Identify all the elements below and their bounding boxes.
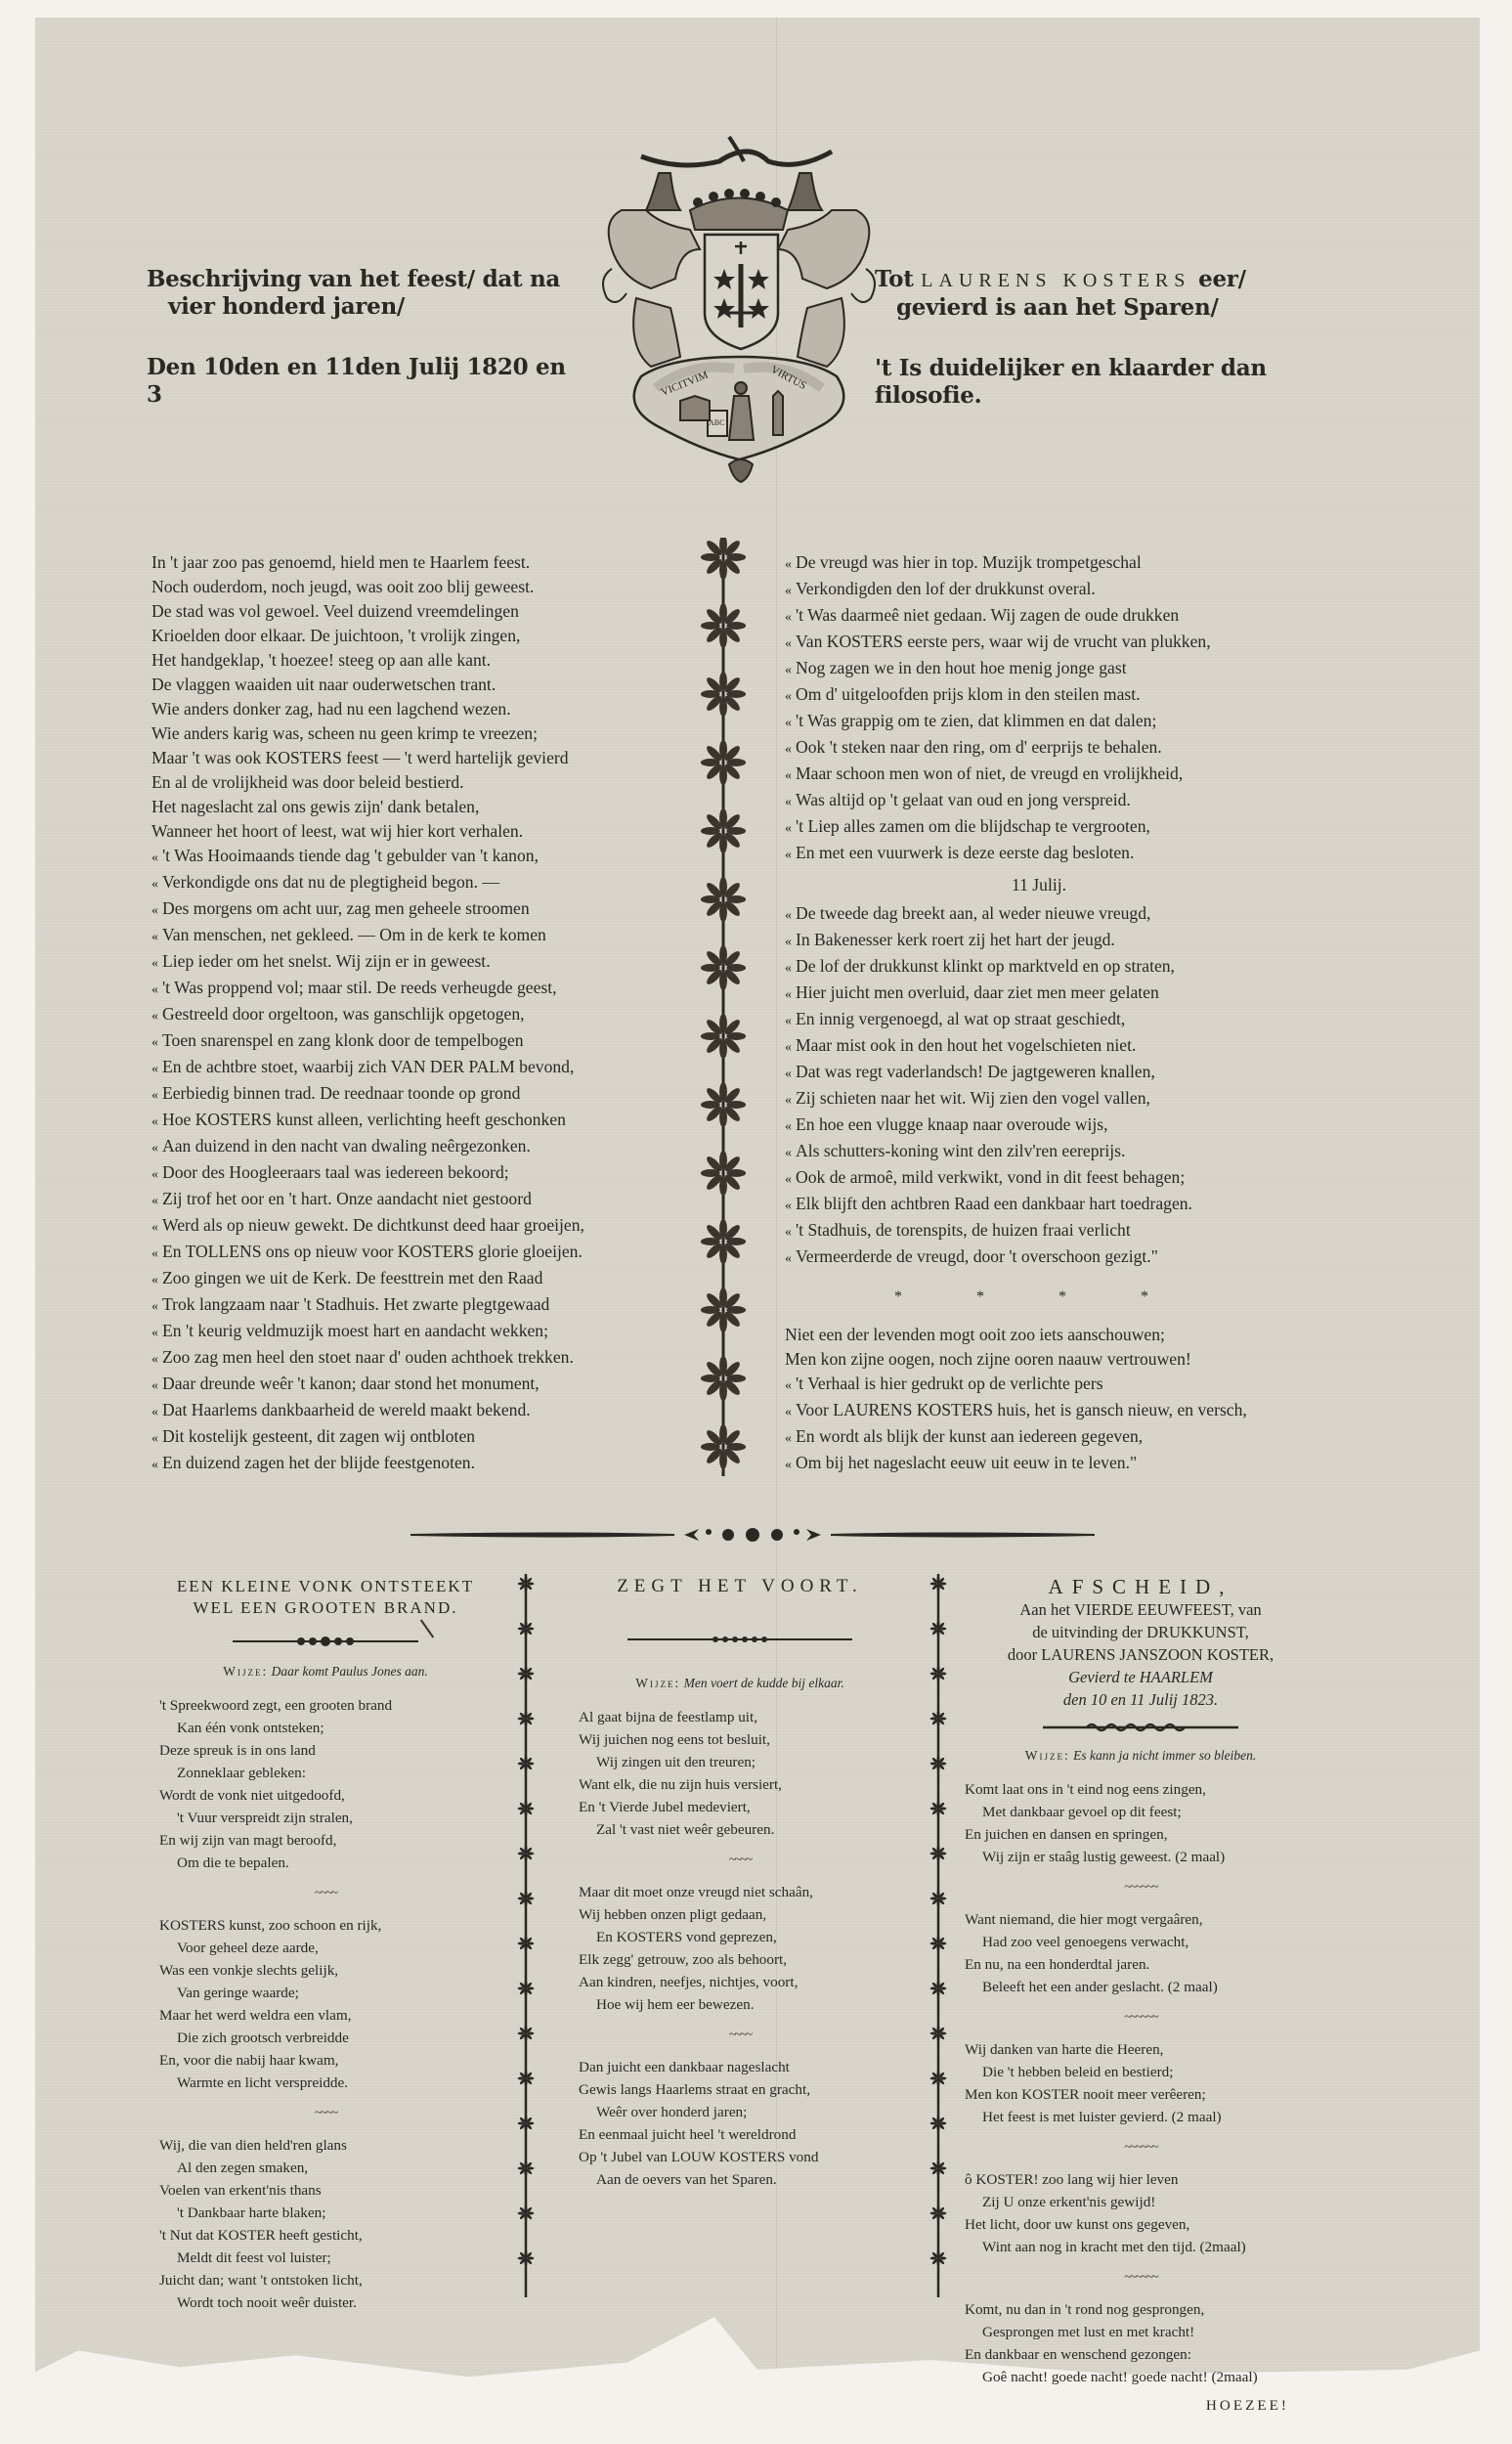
quote-mark: « (151, 1114, 162, 1129)
song1-title-line1: EEN KLEINE VONK ONTSTEEKT (159, 1576, 492, 1597)
quote-mark: « (785, 689, 796, 704)
quote-mark: « (151, 982, 162, 997)
song-line: Maar dit moet onze vreugd niet schaân, (579, 1881, 901, 1903)
poem-line-text: Als schutters-koning wint den zilv'ren e… (796, 1141, 1125, 1160)
song1-tune-label: Wijze: (223, 1664, 268, 1679)
song-line: Meldt dit feest vol luister; (159, 2247, 492, 2269)
song-line: Al den zegen smaken, (159, 2157, 492, 2179)
header-date-line: Den 10den en 11den Julij 1820 en 3 (147, 354, 577, 409)
quote-mark: « (785, 908, 796, 923)
song-line: Al gaat bijna de feestlamp uit, (579, 1706, 901, 1728)
song-line: En, voor die nabij haar kwam, (159, 2049, 492, 2072)
poem-line-text: Verkondigde ons dat nu de plegtigheid be… (162, 872, 499, 892)
song-line: Want elk, die nu zijn huis versiert, (579, 1773, 901, 1796)
poem-line: Men kon zijne oogen, noch zijne ooren na… (785, 1347, 1293, 1372)
song-line: Komt, nu dan in 't rond nog gesprongen, (965, 2298, 1317, 2321)
quote-mark: « (785, 1093, 796, 1108)
stanza: Al gaat bijna de feestlamp uit,Wij juich… (579, 1706, 901, 1841)
poem-line-text: Toen snarenspel en zang klonk door de te… (162, 1030, 524, 1050)
song-line: Hoe wij hem eer bewezen. (579, 1993, 901, 2016)
song1-tune-name: Daar komt Paulus Jones aan. (272, 1664, 428, 1679)
poem-line-text: En innig vergenoegd, al wat op straat ge… (796, 1009, 1125, 1028)
poem-line-text: Wanneer het hoort of leest, wat wij hier… (151, 821, 523, 841)
quote-mark: « (151, 1141, 162, 1156)
quote-mark: « (151, 1352, 162, 1367)
song-line: Zal 't vast niet weêr gebeuren. (579, 1818, 901, 1841)
stanza: Maar dit moet onze vreugd niet schaân,Wi… (579, 1881, 901, 2016)
song3-sub3: door LAURENS JANSZOON KOSTER, (965, 1643, 1317, 1666)
song-line: Goê nacht! goede nacht! goede nacht! (2m… (965, 2366, 1317, 2388)
song-line: Op 't Jubel van LOUW KOSTERS vond (579, 2146, 901, 2168)
poem-line: «Nog zagen we in den hout hoe menig jong… (785, 656, 1293, 682)
quote-mark: « (785, 768, 796, 783)
poem-line-text: Elk blijft den achtbren Raad een dankbaa… (796, 1194, 1192, 1213)
quote-mark: « (785, 1458, 796, 1472)
quote-mark: « (785, 821, 796, 836)
song-line: Het licht, door uw kunst ons gegeven, (965, 2213, 1317, 2236)
poem-line-text: Krioelden door elkaar. De juichtoon, 't … (151, 626, 520, 645)
poem-line-text: En 't keurig veldmuzijk moest hart en aa… (162, 1321, 548, 1340)
poem-line-text: En TOLLENS ons op nieuw voor KOSTERS glo… (162, 1242, 583, 1261)
poem-line-text: De vreugd was hier in top. Muzijk trompe… (796, 552, 1142, 572)
song-line: Wij juichen nog eens tot besluit, (579, 1728, 901, 1751)
poem-line-text: Zij trof het oor en 't hart. Onze aandac… (162, 1189, 532, 1208)
song-line: Gewis langs Haarlems straat en gracht, (579, 2078, 901, 2101)
poem-right-column: «De vreugd was hier in top. Muzijk tromp… (785, 550, 1293, 1477)
stanza-separator: ~~~~ (159, 2102, 492, 2124)
song-line: En nu, na een honderdtal jaren. (965, 1953, 1317, 1976)
song1-divider-ornament-icon (233, 1635, 418, 1648)
quote-mark: « (785, 1172, 796, 1187)
quote-mark: « (785, 1431, 796, 1446)
poem-line-text: De tweede dag breekt aan, al weder nieuw… (796, 903, 1150, 923)
floral-column-divider-left-icon (516, 1574, 536, 2297)
poem-line-text: En hoe een vlugge knaap naar overoude wi… (796, 1114, 1108, 1134)
song-line: 't Spreekwoord zegt, een grooten brand (159, 1694, 492, 1717)
quote-mark: « (151, 1035, 162, 1050)
song-line: Wij zijn er staâg lustig geweest. (2 maa… (965, 1846, 1317, 1868)
song2-title: ZEGT HET VOORT. (579, 1576, 901, 1597)
poem-line-text: Zoo gingen we uit de Kerk. De feesttrein… (162, 1268, 542, 1287)
quote-mark: « (151, 1431, 162, 1446)
poem-line-text: Dat Haarlems dankbaarheid de wereld maak… (162, 1400, 531, 1419)
poem-line-text: Verkondigden den lof der drukkunst overa… (796, 579, 1096, 598)
song-line: Wij hebben onzen pligt gedaan, (579, 1903, 901, 1926)
song1-title-line2: WEL EEN GROOTEN BRAND. (159, 1597, 492, 1619)
poem-line: «En met een vuurwerk is deze eerste dag … (785, 841, 1293, 867)
song-line: Kan één vonk ontsteken; (159, 1717, 492, 1739)
quote-mark: « (151, 1009, 162, 1024)
song-line: Met dankbaar gevoel op dit feest; (965, 1801, 1317, 1823)
song-line: Gesprongen met lust en met kracht! (965, 2321, 1317, 2343)
song-line: Deze spreuk is in ons land (159, 1739, 492, 1762)
song-line: Juicht dan; want 't ontstoken licht, (159, 2269, 492, 2291)
quote-mark: « (785, 663, 796, 677)
header-left-line2: vier honderd jaren/ (147, 293, 577, 321)
stanza-separator: ~~~~ (159, 1882, 492, 1904)
poem-line-text: Door des Hoogleeraars taal was iedereen … (162, 1162, 509, 1182)
poem-line: «Als schutters-koning wint den zilv'ren … (785, 1139, 1293, 1165)
poem-line: «Zij trof het oor en 't hart. Onze aanda… (151, 1187, 584, 1213)
poem-line-text: 't Verhaal is hier gedrukt op de verlich… (796, 1374, 1103, 1393)
stanza: KOSTERS kunst, zoo schoon en rijk,Voor g… (159, 1914, 492, 2094)
quote-mark: « (151, 1194, 162, 1208)
quote-mark: « (151, 956, 162, 971)
poem-line-text: Noch ouderdom, noch jeugd, was ooit zoo … (151, 577, 534, 596)
song-line: Voor geheel deze aarde, (159, 1937, 492, 1959)
song3-sub5: den 10 en 11 Julij 1823. (965, 1688, 1317, 1711)
quote-mark: « (785, 1199, 796, 1213)
quote-mark: « (151, 1378, 162, 1393)
day-two-heading: 11 Julij. (785, 873, 1293, 897)
song-line: Komt laat ons in 't eind nog eens zingen… (965, 1778, 1317, 1801)
quote-mark: « (785, 610, 796, 625)
song3-tune: Wijze: Es kann ja nicht immer so bleiben… (965, 1744, 1317, 1767)
song3-tune-label: Wijze: (1025, 1748, 1070, 1763)
quote-mark: « (151, 1458, 162, 1472)
song-line: Wint aan nog in kracht met den tijd. (2m… (965, 2236, 1317, 2258)
poem-line: «'t Verhaal is hier gedrukt op de verlic… (785, 1372, 1293, 1398)
poem-line: «En hoe een vlugge knaap naar overoude w… (785, 1113, 1293, 1139)
stanza-separator: ~~~~~~ (965, 2136, 1317, 2159)
song-line: Maar het werd weldra een vlam, (159, 2004, 492, 2027)
stanza-separator: ~~~~~~ (965, 1876, 1317, 1898)
song-line: Zij U onze erkent'nis gewijd! (965, 2191, 1317, 2213)
song3-divider-ornament-icon (1043, 1721, 1238, 1734)
header-laurens-kosters: LAURENS KOSTERS (921, 270, 1190, 291)
header-right-line3: 't Is duidelijker en klaarder dan filoso… (875, 355, 1334, 410)
stanza-separator: ~~~~ (579, 1849, 901, 1871)
poem-line: Krioelden door elkaar. De juichtoon, 't … (151, 624, 584, 648)
song-line: En KOSTERS vond geprezen, (579, 1926, 901, 1948)
poem-line: Niet een der levenden mogt ooit zoo iets… (785, 1323, 1293, 1347)
song-line: En wij zijn van magt beroofd, (159, 1829, 492, 1852)
quote-mark: « (151, 1299, 162, 1314)
poem-line: «Maar schoon men won of niet, de vreugd … (785, 762, 1293, 788)
poem-line: «Van KOSTERS eerste pers, waar wij de vr… (785, 630, 1293, 656)
poem-line-text: In Bakenesser kerk roert zij het hart de… (796, 930, 1115, 949)
poem-line: Maar 't was ook KOSTERS feest — 't werd … (151, 746, 584, 770)
poem-line-text: Dat was regt vaderlandsch! De jagtgewere… (796, 1062, 1155, 1081)
poem-line: «Toen snarenspel en zang klonk door de t… (151, 1028, 584, 1055)
poem-line: «Liep ieder om het snelst. Wij zijn er i… (151, 949, 584, 976)
poem-line-text: Het handgeklap, 't hoezee! steeg op aan … (151, 650, 491, 670)
poem-line-text: 't Was grappig om te zien, dat klimmen e… (796, 711, 1156, 730)
poem-line: Het nageslacht zal ons gewis zijn' dank … (151, 795, 584, 819)
song1-stanzas: 't Spreekwoord zegt, een grooten brandKa… (159, 1694, 492, 2314)
poem-line: «En de achtbre stoet, waarbij zich VAN D… (151, 1055, 584, 1081)
header-left: Beschrijving van het feest/ dat na vier … (147, 266, 577, 409)
poem-line-text: Het nageslacht zal ons gewis zijn' dank … (151, 797, 479, 816)
quote-mark: « (151, 877, 162, 892)
song-line: En juichen en dansen en springen, (965, 1823, 1317, 1846)
song3-title: AFSCHEID, (965, 1576, 1317, 1598)
poem-line: «Hier juicht men overluid, daar ziet men… (785, 981, 1293, 1007)
stanza: ô KOSTER! zoo lang wij hier levenZij U o… (965, 2168, 1317, 2258)
poem-line-text: Des morgens om acht uur, zag men geheele… (162, 898, 530, 918)
poem-line-text: En wordt als blijk der kunst aan iederee… (796, 1426, 1143, 1446)
poem-line: «Trok langzaam naar 't Stadhuis. Het zwa… (151, 1292, 584, 1319)
quote-mark: « (785, 1119, 796, 1134)
song3-stanzas: Komt laat ons in 't eind nog eens zingen… (965, 1778, 1317, 2388)
poem-line-text: Werd als op nieuw gewekt. De dichtkunst … (162, 1215, 584, 1235)
song3-sub2: de uitvinding der DRUKKUNST, (965, 1621, 1317, 1643)
poem-line: «Om bij het nageslacht eeuw uit eeuw in … (785, 1451, 1293, 1477)
song-line: Had zoo veel genoegens verwacht, (965, 1931, 1317, 1953)
header-right-line1: Tot LAURENS KOSTERS eer/ (875, 266, 1334, 294)
quote-mark: « (785, 636, 796, 651)
quote-mark: « (785, 584, 796, 598)
quote-mark: « (785, 1225, 796, 1240)
poem-line: «En innig vergenoegd, al wat op straat g… (785, 1007, 1293, 1033)
stanza-separator: ~~~~ (579, 2024, 901, 2046)
quote-mark: « (785, 961, 796, 976)
song3-sub4: Gevierd te HAARLEM (965, 1666, 1317, 1688)
poem-line-text: De lof der drukkunst klinkt op marktveld… (796, 956, 1175, 976)
poem-line: «Verkondigden den lof der drukkunst over… (785, 577, 1293, 603)
quote-mark: « (151, 851, 162, 865)
poem-line-text: Ook 't steken naar den ring, om d' eerpr… (796, 737, 1162, 757)
crest-book-text: ABC (709, 418, 724, 427)
poem-line: «Door des Hoogleeraars taal was iedereen… (151, 1160, 584, 1187)
stanza: 't Spreekwoord zegt, een grooten brandKa… (159, 1694, 492, 1874)
poem-line: Wanneer het hoort of leest, wat wij hier… (151, 819, 584, 844)
poem-line-text: Nog zagen we in den hout hoe menig jonge… (796, 658, 1127, 677)
quote-mark: « (151, 1167, 162, 1182)
poem-line: «De lof der drukkunst klinkt op marktvel… (785, 954, 1293, 981)
poem-line-text: Niet een der levenden mogt ooit zoo iets… (785, 1325, 1165, 1344)
poem-line-text: 't Was Hooimaands tiende dag 't gebulder… (162, 846, 539, 865)
poem-line: Noch ouderdom, noch jeugd, was ooit zoo … (151, 575, 584, 599)
quote-mark: « (785, 742, 796, 757)
poem-line-text: Van KOSTERS eerste pers, waar wij de vru… (796, 632, 1211, 651)
poem-line: «Dat was regt vaderlandsch! De jagtgewer… (785, 1060, 1293, 1086)
poem-line: Wie anders karig was, scheen nu geen kri… (151, 721, 584, 746)
song2-stanzas: Al gaat bijna de feestlamp uit,Wij juich… (579, 1706, 901, 2191)
quote-mark: « (151, 930, 162, 944)
header-left-line1: Beschrijving van het feest/ dat na (147, 266, 577, 293)
poem-line: Wie anders donker zag, had nu een lagche… (151, 697, 584, 721)
poem-line: «En duizend zagen het der blijde feestge… (151, 1451, 584, 1477)
song-line: Om die te bepalen. (159, 1852, 492, 1874)
stanza: Wij, die van dien held'ren glansAl den z… (159, 2134, 492, 2314)
poem-line-text: Gestreeld door orgeltoon, was ganschlijk… (162, 1004, 525, 1024)
song-line: Aan de oevers van het Sparen. (579, 2168, 901, 2191)
song2-tune-label: Wijze: (635, 1676, 680, 1690)
poem-line-text: En de achtbre stoet, waarbij zich VAN DE… (162, 1057, 574, 1076)
quote-mark: « (785, 1067, 796, 1081)
poem-line: «Hoe KOSTERS kunst alleen, verlichting h… (151, 1108, 584, 1134)
poem-line: «De tweede dag breekt aan, al weder nieu… (785, 901, 1293, 928)
song-line: KOSTERS kunst, zoo schoon en rijk, (159, 1914, 492, 1937)
song-line: En dankbaar en wenschend gezongen: (965, 2343, 1317, 2366)
poem-line-text: En al de vrolijkheid was door beleid bes… (151, 772, 464, 792)
poem-line: «Des morgens om acht uur, zag men geheel… (151, 896, 584, 923)
quote-mark: « (151, 1246, 162, 1261)
poem-line-text: Zij schieten naar het wit. Wij zien den … (796, 1088, 1150, 1108)
poem-line-text: En met een vuurwerk is deze eerste dag b… (796, 843, 1134, 862)
song-een-kleine-vonk: EEN KLEINE VONK ONTSTEEKT WEL EEN GROOTE… (159, 1576, 492, 2314)
song-line: Aan kindren, neefjes, nichtjes, voort, (579, 1971, 901, 1993)
poem-line-text: De vlaggen waaiden uit naar ouderwetsche… (151, 675, 496, 694)
song-line: En 't Vierde Jubel medeviert, (579, 1796, 901, 1818)
poem-line-text: Om d' uitgeloofden prijs klom in den ste… (796, 684, 1141, 704)
poem-line: «'t Liep alles zamen om die blijdschap t… (785, 814, 1293, 841)
poem-line-text: Daar dreunde weêr 't kanon; daar stond h… (162, 1374, 540, 1393)
quote-mark: « (785, 557, 796, 572)
poem-line: «Voor LAURENS KOSTERS huis, het is gansc… (785, 1398, 1293, 1424)
song-line: Was een vonkje slechts gelijk, (159, 1959, 492, 1982)
poem-line-text: Voor LAURENS KOSTERS huis, het is gansch… (796, 1400, 1247, 1419)
song-zegt-het-voort: ZEGT HET VOORT. Wijze: Men voert de kudd… (579, 1576, 901, 2191)
quote-mark: « (785, 1014, 796, 1028)
poem-line-text: En duizend zagen het der blijde feestgen… (162, 1453, 475, 1472)
song-line: Van geringe waarde; (159, 1982, 492, 2004)
poem-line: «Zoo zag men heel den stoet naar d' oude… (151, 1345, 584, 1372)
song-line: 't Nut dat KOSTER heeft gesticht, (159, 2224, 492, 2247)
poem-line: «Werd als op nieuw gewekt. De dichtkunst… (151, 1213, 584, 1240)
song-line: Men kon KOSTER nooit meer verêeren; (965, 2083, 1317, 2106)
song-line: Beleeft het een ander geslacht. (2 maal) (965, 1976, 1317, 1998)
quote-mark: « (151, 1405, 162, 1419)
poem-line: «Gestreeld door orgeltoon, was ganschlij… (151, 1002, 584, 1028)
poem-line: «Aan duizend in den nacht van dwaling ne… (151, 1134, 584, 1160)
song2-tune-name: Men voert de kudde bij elkaar. (684, 1676, 844, 1690)
poem-line-text: Dit kostelijk gesteent, dit zagen wij on… (162, 1426, 475, 1446)
poem-line: «En TOLLENS ons op nieuw voor KOSTERS gl… (151, 1240, 584, 1266)
poem-line: «Zij schieten naar het wit. Wij zien den… (785, 1086, 1293, 1113)
poem-line: «Was altijd op 't gelaat van oud en jong… (785, 788, 1293, 814)
poem-line-text: De stad was vol gewoel. Veel duizend vre… (151, 601, 519, 621)
song-line: Want niemand, die hier mogt vergaâren, (965, 1908, 1317, 1931)
section-stars: * * * * (785, 1285, 1293, 1309)
poem-line: «Verkondigde ons dat nu de plegtigheid b… (151, 870, 584, 896)
poem-line-text: Wie anders karig was, scheen nu geen kri… (151, 723, 538, 743)
poem-line: «'t Was Hooimaands tiende dag 't gebulde… (151, 844, 584, 870)
song-line: Wij, die van dien held'ren glans (159, 2134, 492, 2157)
poem-line-text: Maar schoon men won of niet, de vreugd e… (796, 764, 1183, 783)
song-line: Wordt toch nooit weêr duister. (159, 2291, 492, 2314)
song2-divider-ornament-icon (627, 1633, 852, 1646)
poem-line: «Vermeerderde de vreugd, door 't oversch… (785, 1244, 1293, 1271)
poem-line-text: Liep ieder om het snelst. Wij zijn er in… (162, 951, 491, 971)
stanza: Want niemand, die hier mogt vergaâren,Ha… (965, 1908, 1317, 1998)
quote-mark: « (785, 716, 796, 730)
song2-tune: Wijze: Men voert de kudde bij elkaar. (579, 1672, 901, 1694)
poem-line: «Ook de armoê, mild verkwikt, vond in di… (785, 1165, 1293, 1192)
quote-mark: « (785, 795, 796, 809)
song3-tune-name: Es kann ja nicht immer so bleiben. (1073, 1748, 1256, 1763)
song-line: Warmte en licht verspreidde. (159, 2072, 492, 2094)
poem-line-text: Eerbiedig binnen trad. De reednaar toond… (162, 1083, 520, 1103)
poem-line: «'t Was proppend vol; maar stil. De reed… (151, 976, 584, 1002)
poem-line-text: Maar 't was ook KOSTERS feest — 't werd … (151, 748, 569, 767)
poem-line-text: Was altijd op 't gelaat van oud en jong … (796, 790, 1131, 809)
song-line: Wij zingen uit den treuren; (579, 1751, 901, 1773)
poem-line: De vlaggen waaiden uit naar ouderwetsche… (151, 673, 584, 697)
header-right: Tot LAURENS KOSTERS eer/ gevierd is aan … (875, 266, 1334, 410)
poem-line-text: 't Was proppend vol; maar stil. De reeds… (162, 978, 557, 997)
poem-line-text: In 't jaar zoo pas genoemd, hield men te… (151, 552, 530, 572)
song-line: En eenmaal juicht heel 't wereldrond (579, 2123, 901, 2146)
poem-line: «Eerbiedig binnen trad. De reednaar toon… (151, 1081, 584, 1108)
quote-mark: « (785, 1405, 796, 1419)
song-line: Die zich grootsch verbreidde (159, 2027, 492, 2049)
song1-tune: Wijze: Daar komt Paulus Jones aan. (159, 1660, 492, 1682)
quote-mark: « (151, 1088, 162, 1103)
poem-line-text: Aan duizend in den nacht van dwaling neê… (162, 1136, 531, 1156)
song-line: Het feest is met luister gevierd. (2 maa… (965, 2106, 1317, 2128)
poem-line: «Om d' uitgeloofden prijs klom in den st… (785, 682, 1293, 709)
quote-mark: « (785, 1040, 796, 1055)
poem-line: «Elk blijft den achtbren Raad een dankba… (785, 1192, 1293, 1218)
quote-mark: « (785, 1146, 796, 1160)
poem-line-text: Men kon zijne oogen, noch zijne ooren na… (785, 1349, 1191, 1369)
song-line: Wij danken van harte die Heeren, (965, 2038, 1317, 2061)
song-line: ô KOSTER! zoo lang wij hier leven (965, 2168, 1317, 2191)
stanza: Komt laat ons in 't eind nog eens zingen… (965, 1778, 1317, 1868)
poem-line: «Van menschen, net gekleed. — Om in de k… (151, 923, 584, 949)
poem-line-text: Vermeerderde de vreugd, door 't overscho… (796, 1246, 1158, 1266)
stanza: Wij danken van harte die Heeren,Die 't h… (965, 2038, 1317, 2128)
poem-line: «'t Stadhuis, de torenspits, de huizen f… (785, 1218, 1293, 1244)
quote-mark: « (151, 903, 162, 918)
poem-line: «'t Was daarmeê niet gedaan. Wij zagen d… (785, 603, 1293, 630)
poem-line: In 't jaar zoo pas genoemd, hield men te… (151, 550, 584, 575)
song-line: Elk zegg' getrouw, zoo als behoort, (579, 1948, 901, 1971)
poem-line-text: Om bij het nageslacht eeuw uit eeuw in t… (796, 1453, 1137, 1472)
song-line: Wordt de vonk niet uitgedoofd, (159, 1784, 492, 1807)
poem-line-text: 't Stadhuis, de torenspits, de huizen fr… (796, 1220, 1131, 1240)
quote-mark: « (151, 1220, 162, 1235)
poem-left-column: In 't jaar zoo pas genoemd, hield men te… (151, 550, 584, 1477)
quote-mark: « (785, 935, 796, 949)
poem-line-text: 't Was daarmeê niet gedaan. Wij zagen de… (796, 605, 1179, 625)
poem-line-text: 't Liep alles zamen om die blijdschap te… (796, 816, 1150, 836)
song-afscheid: AFSCHEID, Aan het VIERDE EEUWFEEST, van … (965, 1576, 1317, 2417)
coat-of-arms-crest-icon: VICITVIM VIRTUS ABC (583, 132, 895, 484)
poem-line: «In Bakenesser kerk roert zij het hart d… (785, 928, 1293, 954)
stanza: Dan juicht een dankbaar nageslachtGewis … (579, 2056, 901, 2191)
poem-line-text: Wie anders donker zag, had nu een lagche… (151, 699, 511, 719)
song3-heading: AFSCHEID, Aan het VIERDE EEUWFEEST, van … (965, 1576, 1317, 1711)
quote-mark: « (785, 1251, 796, 1266)
header-eer: eer/ (1198, 266, 1246, 292)
song-line: 't Dankbaar harte blaken; (159, 2202, 492, 2224)
horizontal-ornament-rule-icon (410, 1520, 1095, 1549)
stanza: Komt, nu dan in 't rond nog gesprongen,G… (965, 2298, 1317, 2388)
poem-line: «Dat Haarlems dankbaarheid de wereld maa… (151, 1398, 584, 1424)
poem-line-text: Maar mist ook in den hout het vogelschie… (796, 1035, 1136, 1055)
poem-line: «En wordt als blijk der kunst aan iedere… (785, 1424, 1293, 1451)
poem-line: En al de vrolijkheid was door beleid bes… (151, 770, 584, 795)
song-line: Die 't hebben beleid en bestierd; (965, 2061, 1317, 2083)
header-right-line2: gevierd is aan het Sparen/ (875, 294, 1334, 322)
quote-mark: « (785, 1378, 796, 1393)
poem-line: «Maar mist ook in den hout het vogelschi… (785, 1033, 1293, 1060)
song3-sub1: Aan het VIERDE EEUWFEEST, van (965, 1598, 1317, 1621)
song-line: Zonneklaar gebleken: (159, 1762, 492, 1784)
song-line: Voelen van erkent'nis thans (159, 2179, 492, 2202)
poem-line: «De vreugd was hier in top. Muzijk tromp… (785, 550, 1293, 577)
poem-line-text: Hoe KOSTERS kunst alleen, verlichting he… (162, 1110, 566, 1129)
quote-mark: « (151, 1273, 162, 1287)
quote-mark: « (785, 987, 796, 1002)
poem-line-text: Ook de armoê, mild verkwikt, vond in dit… (796, 1167, 1185, 1187)
poem-line-text: Zoo zag men heel den stoet naar d' ouden… (162, 1347, 574, 1367)
poem-line: «Zoo gingen we uit de Kerk. De feesttrei… (151, 1266, 584, 1292)
floral-vertical-ornament-icon (684, 538, 762, 1476)
